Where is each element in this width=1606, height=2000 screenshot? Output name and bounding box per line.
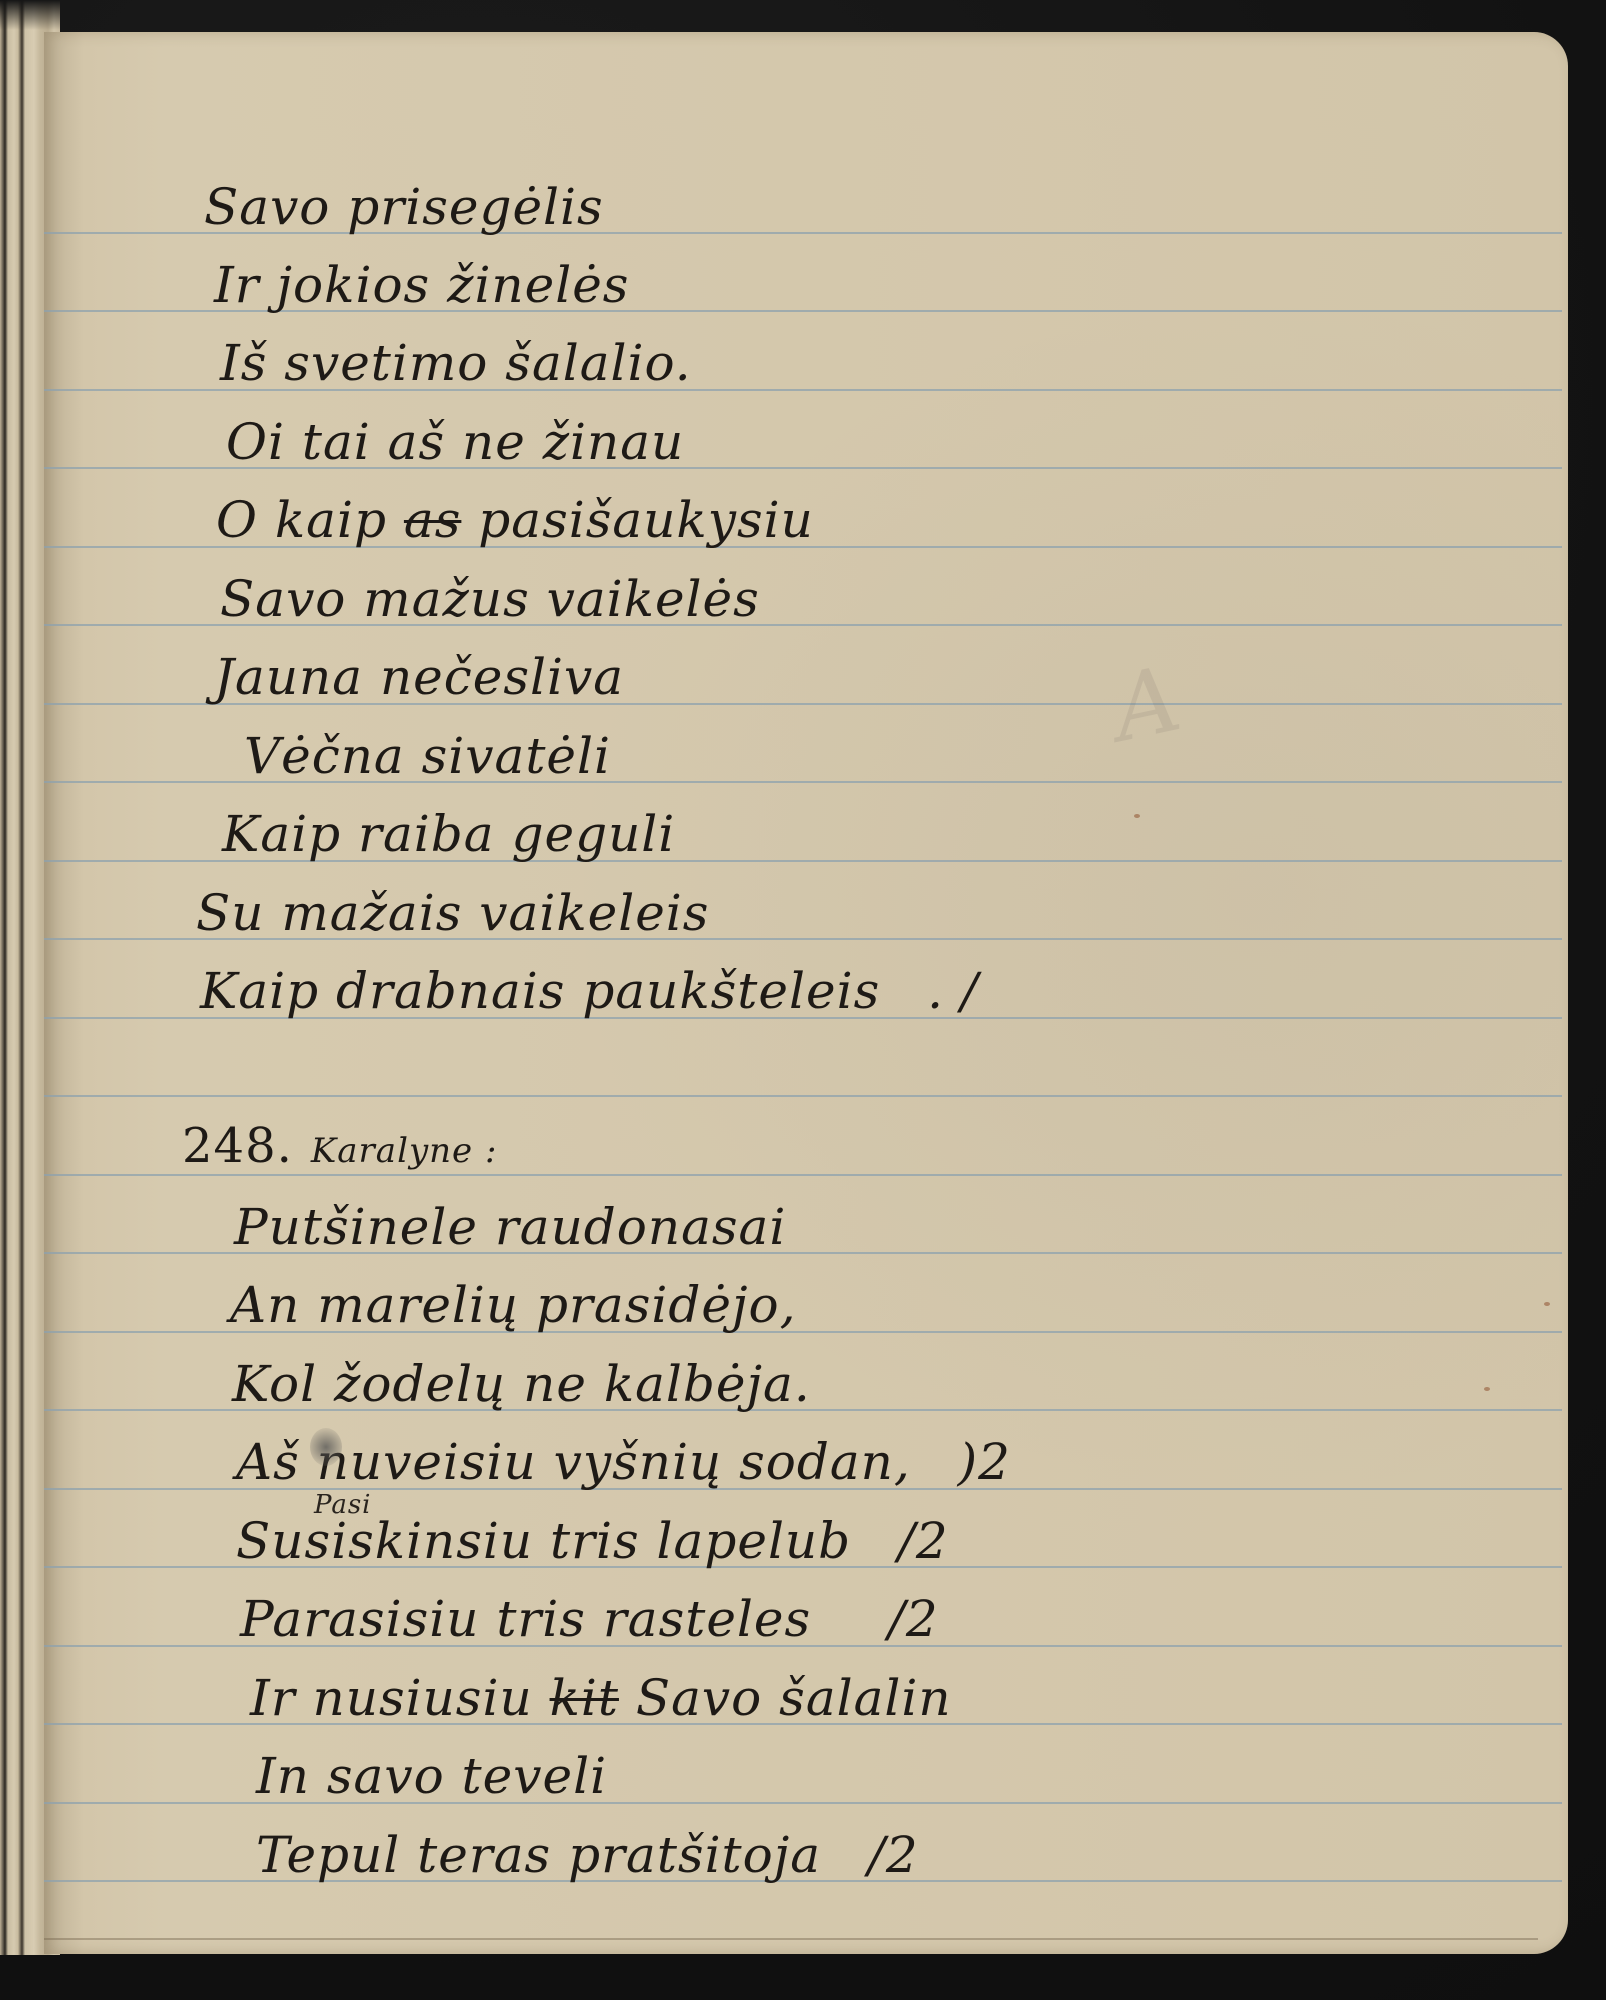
verse-line: Savo prisegėlis [204, 182, 604, 232]
superscript-correction: Pasi [314, 1492, 372, 1518]
end-mark: . / [927, 962, 979, 1020]
verse-text: pasišaukysiu [478, 491, 814, 549]
verse-line: Aš nuveisiu vyšnių sodan, )2 [236, 1437, 1011, 1487]
verse-line: An marelių prasidėjo, [230, 1280, 796, 1330]
song-heading: 248.Karalyne : [182, 1122, 497, 1170]
verse-line: Ir nusiusiu kit Savo šalalin [250, 1673, 952, 1723]
handwritten-text: Savo prisegėlis Ir jokios žinelės Iš sve… [44, 32, 1568, 1954]
repeat-mark: )2 [958, 1433, 1011, 1491]
verse-line: Oi tai aš ne žinau [226, 417, 684, 467]
verse-line: Parasisiu tris rasteles /2 [240, 1594, 939, 1644]
struck-word: kit [550, 1669, 619, 1727]
verse-line: Tepul teras pratšitoja /2 [256, 1830, 919, 1880]
gutter-shadow [0, 0, 60, 30]
verse-line: Iš svetimo šalalio. [220, 338, 692, 388]
verse-line: Kaip raiba geguli [222, 809, 675, 859]
verse-line: Ir jokios žinelės [214, 260, 629, 310]
page-bottom-edge [44, 1938, 1538, 1940]
verse-text: Savo šalalin [636, 1669, 952, 1727]
repeat-mark: /2 [888, 1590, 939, 1648]
repeat-mark: /2 [868, 1826, 919, 1884]
verse-line: Kaip drabnais paukšteleis . / [200, 966, 979, 1016]
verse-text: Parasisiu tris rasteles [240, 1590, 811, 1648]
verse-line: Jauna nečesliva [214, 652, 624, 702]
notebook-page: A Savo prisegėlis Ir jokios žinelės Iš s… [44, 32, 1568, 1954]
verse-line: Kol žodelų ne kalbėja. [232, 1359, 811, 1409]
verse-line: Savo mažus vaikelės [220, 574, 760, 624]
verse-text: Tepul teras pratšitoja [256, 1826, 821, 1884]
verse-line: Putšinele raudonasai [234, 1202, 786, 1252]
verse-text: Kaip drabnais paukšteleis [200, 962, 880, 1020]
verse-line: Su mažais vaikeleis [196, 888, 709, 938]
repeat-mark: /2 [898, 1512, 949, 1570]
song-title: Karalyne : [311, 1131, 498, 1171]
verse-line: In savo teveli [256, 1751, 607, 1801]
verse-line: Vėčna sivatėli [244, 731, 611, 781]
verse-text: Susiskinsiu tris lapelub [236, 1512, 851, 1570]
ink-blot [310, 1428, 342, 1466]
song-number: 248. [182, 1118, 293, 1174]
struck-word: as [404, 491, 461, 549]
verse-text: O kaip [216, 491, 387, 549]
verse-text: Ir nusiusiu [250, 1669, 533, 1727]
verse-line: O kaip as pasišaukysiu [216, 495, 814, 545]
verse-line: Pasi Susiskinsiu tris lapelub /2 [236, 1516, 949, 1566]
